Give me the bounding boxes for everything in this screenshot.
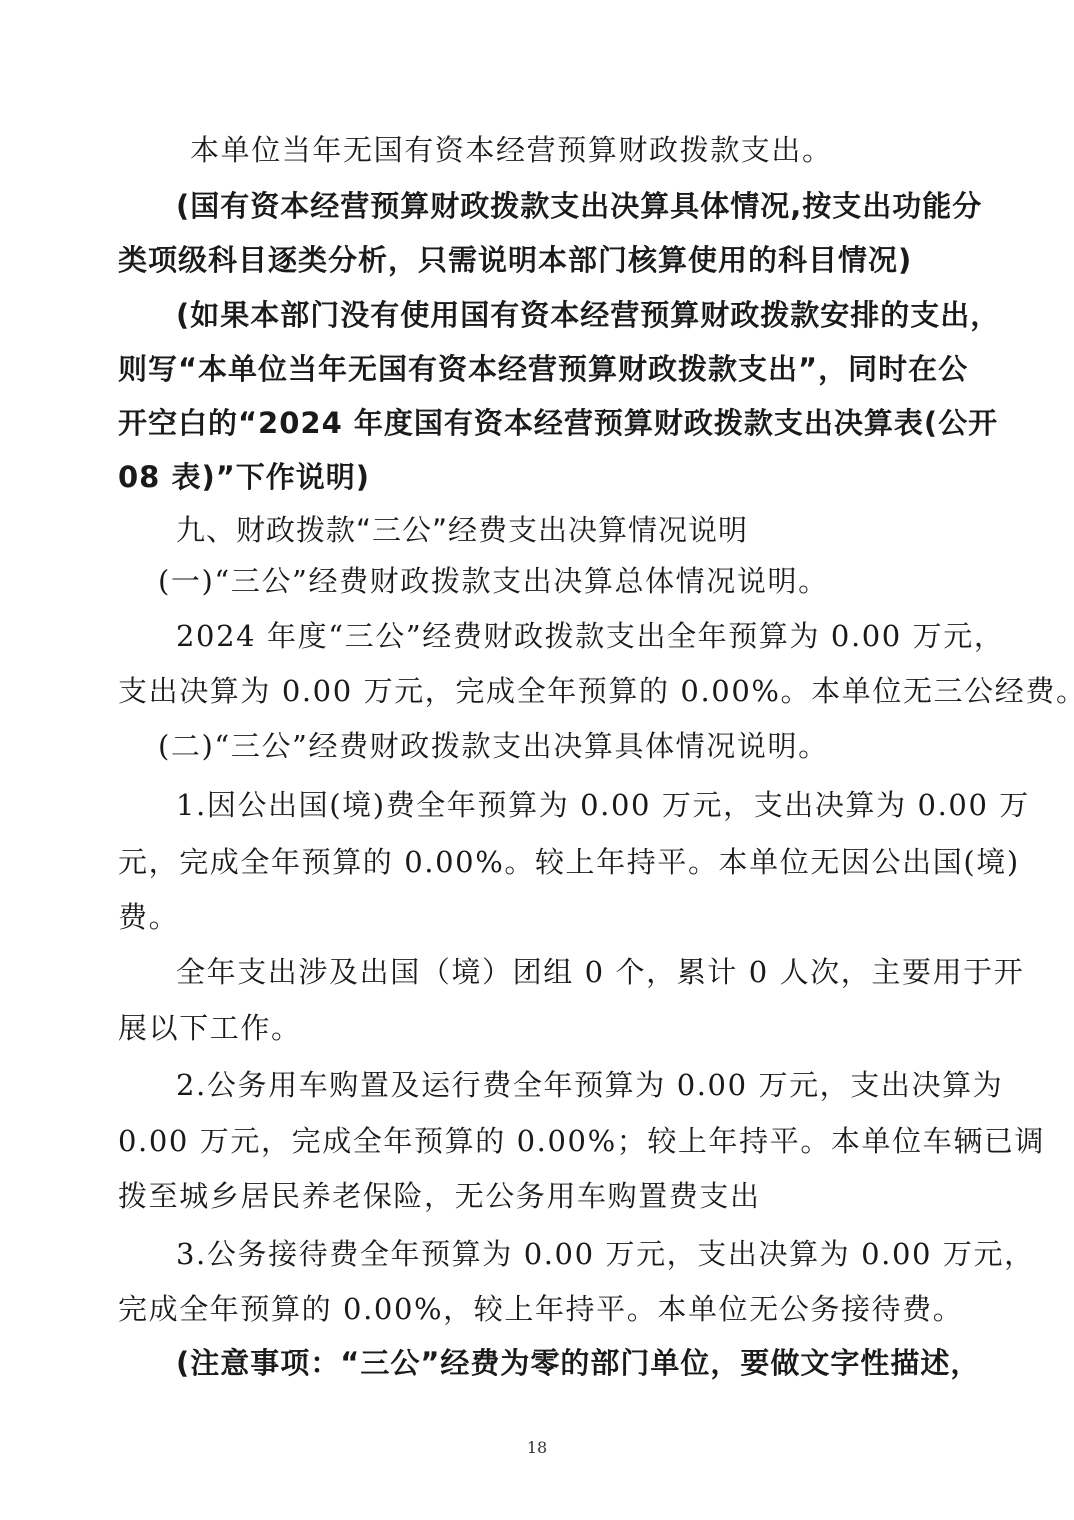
note-text-line: 则写“本单位当年无国有资本经营预算财政拨款支出”，同时在公	[118, 351, 958, 387]
body-text-line: 全年支出涉及出国（境）团组 0 个，累计 0 人次，主要用于开	[176, 954, 958, 990]
section-heading: 九、财政拨款“三公”经费支出决算情况说明	[176, 512, 958, 548]
body-text-line: 元，完成全年预算的 0.00%。较上年持平。本单位无因公出国(境)	[118, 844, 958, 880]
note-text-line: 08 表)”下作说明)	[118, 459, 958, 495]
note-text-line: (如果本部门没有使用国有资本经营预算财政拨款安排的支出，	[176, 297, 958, 333]
note-text-line: (注意事项：“三公”经费为零的部门单位，要做文字性描述，	[176, 1345, 958, 1381]
body-text-line: (二)“三公”经费财政拨款支出决算具体情况说明。	[158, 728, 958, 764]
body-text-line: 完成全年预算的 0.00%，较上年持平。本单位无公务接待费。	[118, 1291, 958, 1327]
note-text-line: 开空白的“2024 年度国有资本经营预算财政拨款支出决算表(公开	[118, 405, 958, 441]
body-text-line: 2024 年度“三公”经费财政拨款支出全年预算为 0.00 万元，	[176, 618, 958, 654]
note-text-line: 类项级科目逐类分析，只需说明本部门核算使用的科目情况)	[118, 242, 958, 278]
body-text-line: 拨至城乡居民养老保险，无公务用车购置费支出	[118, 1178, 958, 1214]
body-text-line: 费。	[118, 899, 958, 935]
body-text-line: 0.00 万元，完成全年预算的 0.00%；较上年持平。本单位车辆已调	[118, 1123, 958, 1159]
body-text-line: 2.公务用车购置及运行费全年预算为 0.00 万元，支出决算为	[176, 1067, 958, 1103]
page-number: 18	[0, 1438, 1074, 1457]
body-text-line: 1.因公出国(境)费全年预算为 0.00 万元，支出决算为 0.00 万	[176, 787, 958, 823]
document-page: 本单位当年无国有资本经营预算财政拨款支出。(国有资本经营预算财政拨款支出决算具体…	[0, 0, 1074, 1520]
note-text-line: (国有资本经营预算财政拨款支出决算具体情况,按支出功能分	[176, 188, 958, 224]
body-text-line: 展以下工作。	[118, 1010, 958, 1046]
body-text-line: 支出决算为 0.00 万元，完成全年预算的 0.00%。本单位无三公经费。	[118, 673, 958, 709]
body-text-line: 3.公务接待费全年预算为 0.00 万元，支出决算为 0.00 万元，	[176, 1236, 958, 1272]
body-text-line: (一)“三公”经费财政拨款支出决算总体情况说明。	[158, 563, 958, 599]
body-text-line: 本单位当年无国有资本经营预算财政拨款支出。	[190, 132, 958, 168]
